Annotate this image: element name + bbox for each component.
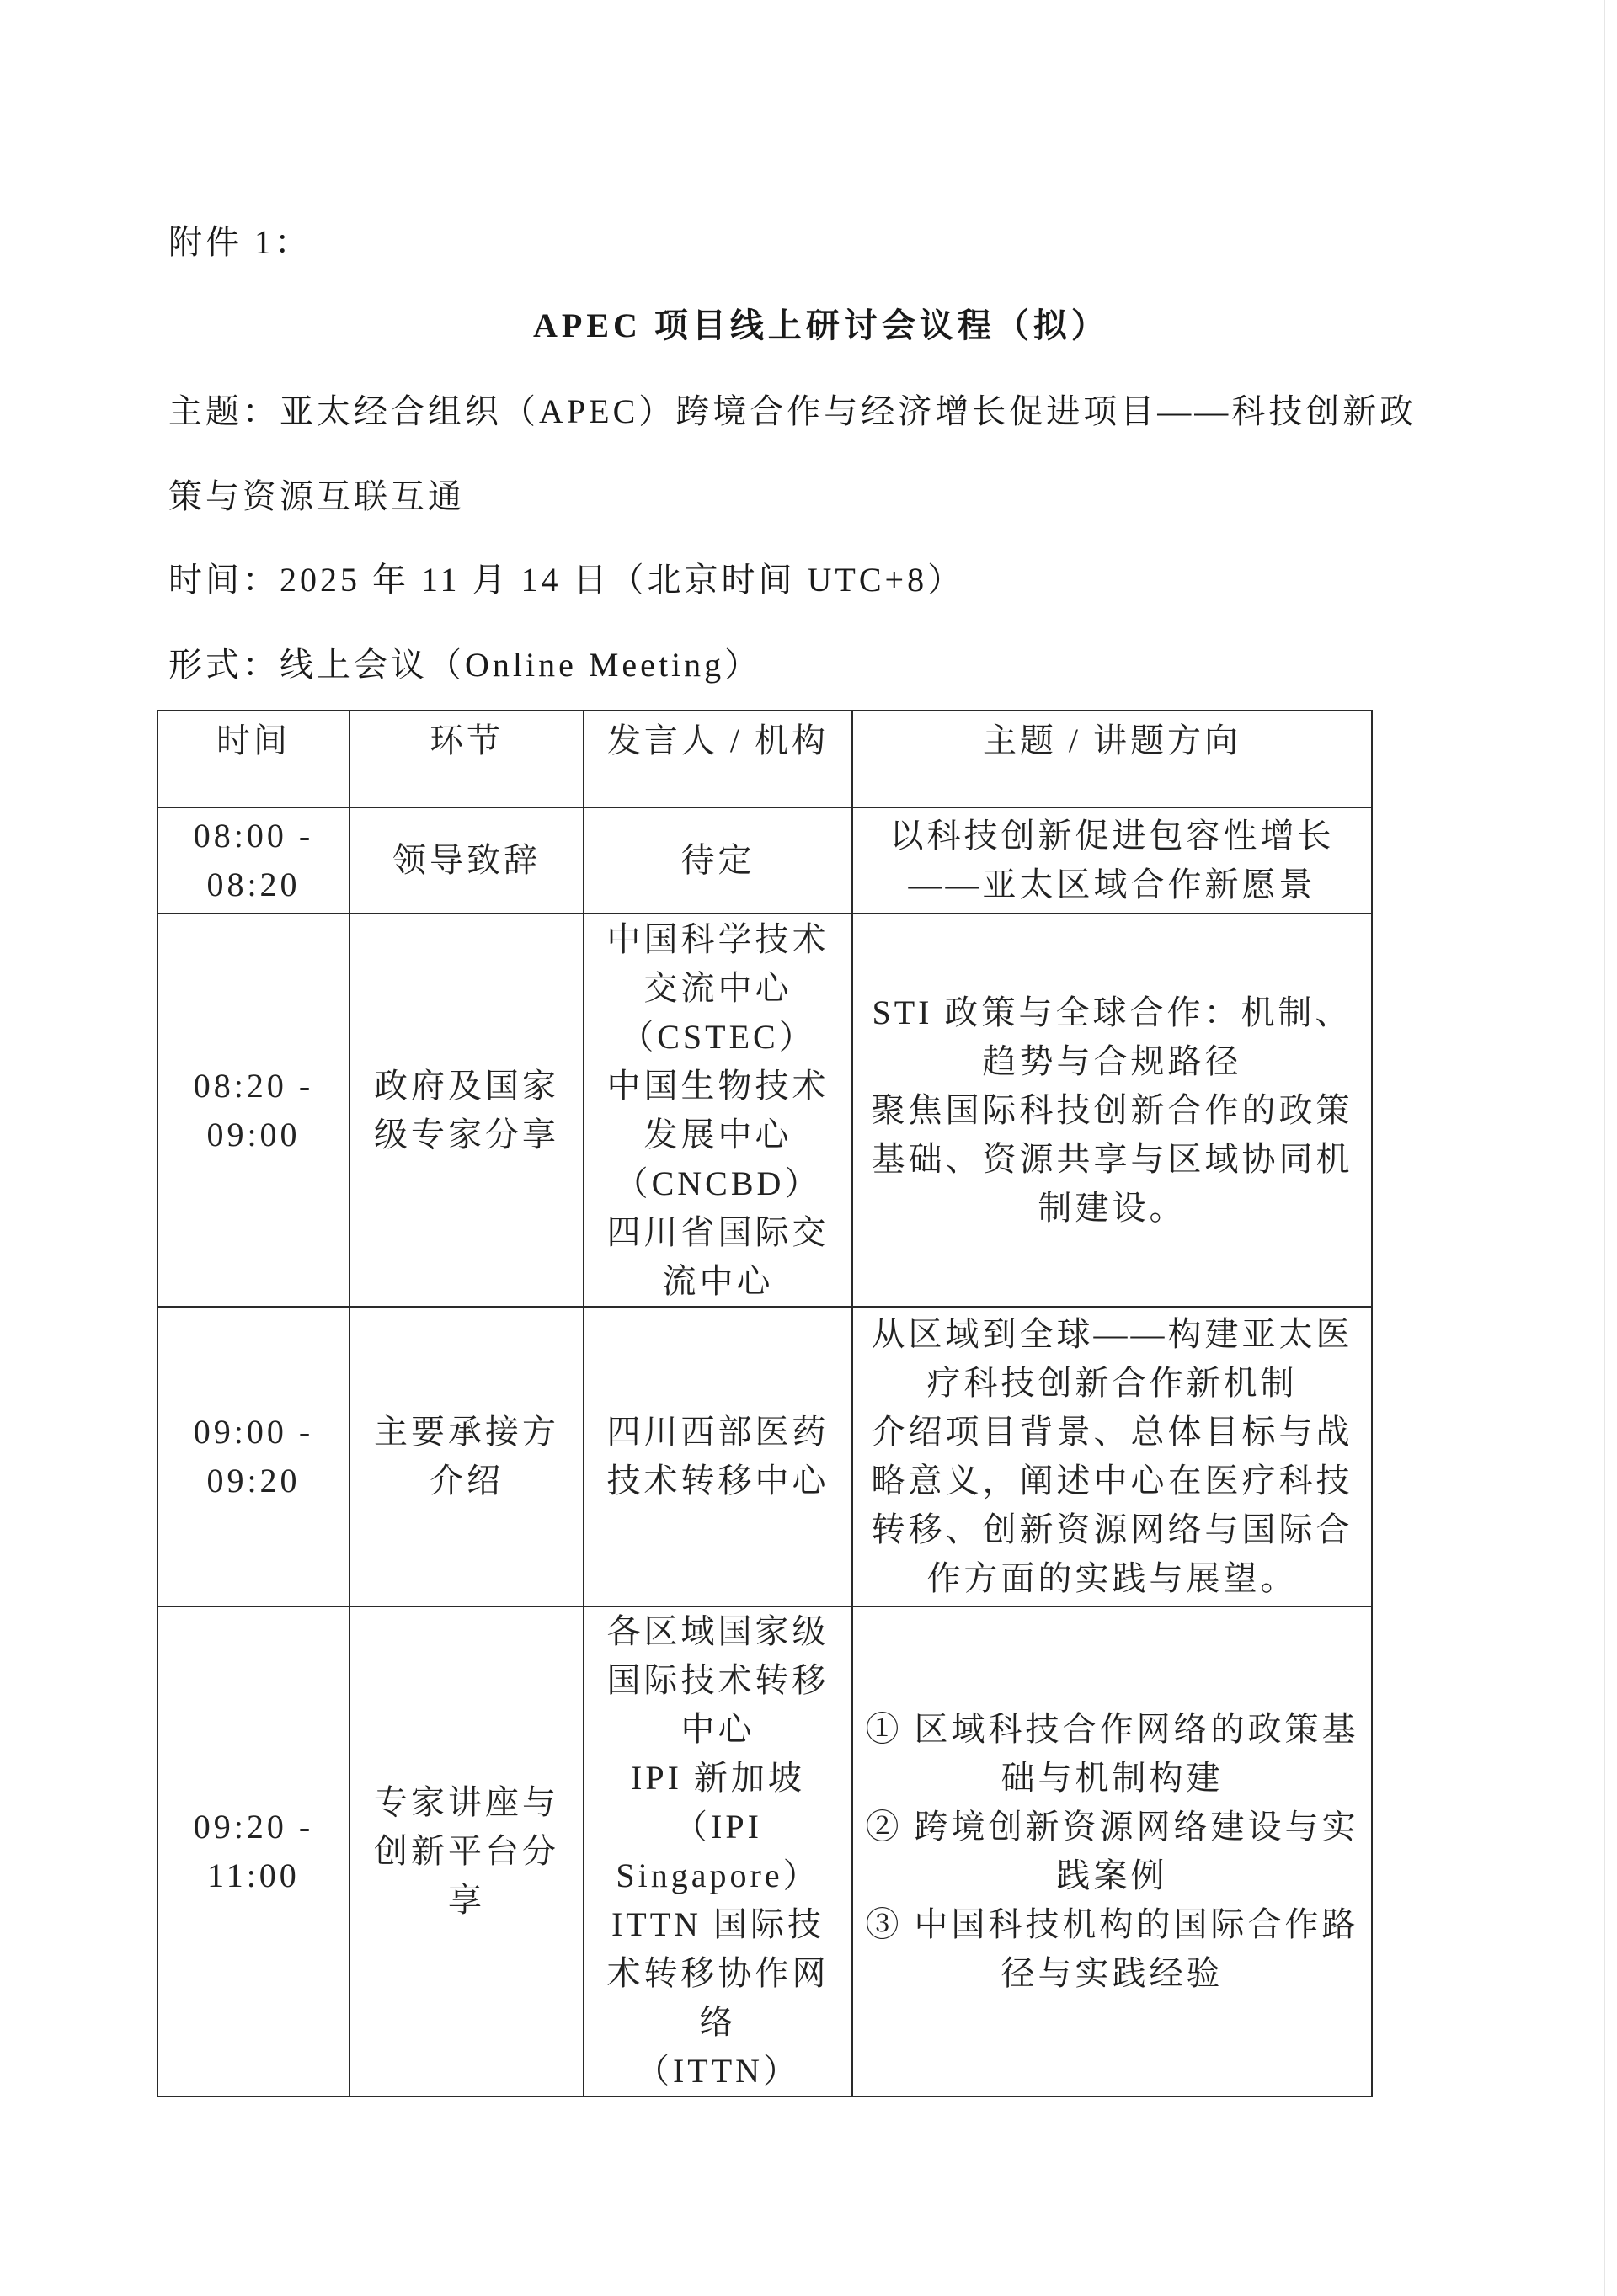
speaker-name: 中国生物技术发展中心: [596, 1062, 840, 1159]
time-end: 09:20: [170, 1457, 337, 1505]
time-cell: 08:00 -08:20: [157, 807, 350, 914]
time-cell: 08:20 -09:00: [157, 914, 350, 1307]
topic-cell: 从区域到全球——构建亚太医疗科技创新合作新机制介绍项目背景、总体目标与战略意义，…: [852, 1307, 1372, 1606]
topic-cell: STI 政策与全球合作：机制、趋势与合规路径聚焦国际科技创新合作的政策基础、资源…: [852, 914, 1372, 1307]
time-end: 11:00: [170, 1851, 337, 1900]
format-value: 线上会议（Online Meeting）: [280, 646, 761, 684]
speaker-cell: 四川西部医药技术转移中心: [584, 1307, 852, 1606]
speaker-cell: 待定: [584, 807, 852, 914]
column-header-topic: 主题 / 讲题方向: [852, 711, 1372, 807]
speaker-abbr: （IPI Singapore）: [596, 1803, 840, 1900]
time-cell: 09:20 -11:00: [157, 1606, 350, 2096]
subject-line-1: 主题：亚太经合组织（APEC）跨境合作与经济增长促进项目——科技创新政: [168, 387, 1417, 436]
topic-cell: ① 区域科技合作网络的政策基础与机制构建 ② 跨境创新资源网络建设与实践案例 ③…: [852, 1606, 1372, 2096]
format-label: 形式：: [168, 646, 280, 684]
speaker-name: 四川西部医药技术转移中心: [596, 1408, 840, 1505]
column-header-speaker: 发言人 / 机构: [584, 711, 852, 807]
time-start: 09:00 -: [170, 1408, 337, 1457]
column-header-time: 时间: [157, 711, 350, 807]
speaker-abbr: （CNCBD）: [596, 1159, 840, 1208]
attachment-label: 附件 1：: [168, 218, 312, 267]
time-start: 09:20 -: [170, 1803, 337, 1851]
subject-line-2: 策与资源互联互通: [168, 472, 465, 521]
session-cell: 主要承接方介绍: [350, 1307, 584, 1606]
topic-description: 介绍项目背景、总体目标与战略意义，阐述中心在医疗科技转移、创新资源网络与国际合作…: [865, 1408, 1359, 1603]
table-row: 09:20 -11:00 专家讲座与创新平台分享 各区域国家级国际技术转移中心 …: [157, 1606, 1372, 2096]
subject-label: 主题：: [168, 392, 280, 430]
speaker-abbr: （ITTN）: [596, 2047, 840, 2096]
speaker-cell: 中国科学技术交流中心 （CSTEC） 中国生物技术发展中心 （CNCBD） 四川…: [584, 914, 852, 1307]
session-cell: 政府及国家级专家分享: [350, 914, 584, 1307]
subject-value: 亚太经合组织（APEC）跨境合作与经济增长促进项目——科技创新政: [280, 392, 1417, 430]
speaker-name: 待定: [596, 836, 840, 885]
session-cell: 专家讲座与创新平台分享: [350, 1606, 584, 2096]
topic-item: ② 跨境创新资源网络建设与实践案例: [865, 1803, 1359, 1900]
time-value: 2025 年 11 月 14 日（北京时间 UTC+8）: [280, 561, 964, 599]
session-cell: 领导致辞: [350, 807, 584, 914]
topic-title: 以科技创新促进包容性增长: [865, 812, 1359, 860]
speaker-name: 四川省国际交流中心: [596, 1208, 840, 1306]
table-row: 08:20 -09:00 政府及国家级专家分享 中国科学技术交流中心 （CSTE…: [157, 914, 1372, 1307]
speaker-cell: 各区域国家级国际技术转移中心 IPI 新加坡 （IPI Singapore） I…: [584, 1606, 852, 2096]
topic-cell: 以科技创新促进包容性增长——亚太区域合作新愿景: [852, 807, 1372, 914]
topic-item: ① 区域科技合作网络的政策基础与机制构建: [865, 1705, 1359, 1803]
time-start: 08:00 -: [170, 812, 337, 860]
column-header-session: 环节: [350, 711, 584, 807]
time-start: 08:20 -: [170, 1062, 337, 1111]
topic-title: 从区域到全球——构建亚太医疗科技创新合作新机制: [865, 1310, 1359, 1408]
speaker-name: IPI 新加坡: [596, 1754, 840, 1803]
speaker-abbr: （CSTEC）: [596, 1013, 840, 1062]
topic-item: ③ 中国科技机构的国际合作路径与实践经验: [865, 1900, 1359, 1998]
format-line: 形式：线上会议（Online Meeting）: [168, 641, 761, 690]
table-header-row: 时间 环节 发言人 / 机构 主题 / 讲题方向: [157, 711, 1372, 807]
document-title: APEC 项目线上研讨会议程（拟）: [0, 301, 1617, 350]
table-row: 08:00 -08:20 领导致辞 待定 以科技创新促进包容性增长——亚太区域合…: [157, 807, 1372, 914]
table-row: 09:00 -09:20 主要承接方介绍 四川西部医药技术转移中心 从区域到全球…: [157, 1307, 1372, 1606]
time-end: 08:20: [170, 860, 337, 909]
speaker-name: 中国科学技术交流中心: [596, 915, 840, 1013]
topic-description: 聚焦国际科技创新合作的政策基础、资源共享与区域协同机制建设。: [865, 1086, 1359, 1233]
time-end: 09:00: [170, 1111, 337, 1159]
agenda-table: 时间 环节 发言人 / 机构 主题 / 讲题方向 08:00 -08:20 领导…: [157, 710, 1373, 2097]
topic-title: STI 政策与全球合作：机制、趋势与合规路径: [865, 988, 1359, 1086]
time-label: 时间：: [168, 561, 280, 599]
speaker-name: ITTN 国际技术转移协作网络: [596, 1900, 840, 2047]
time-cell: 09:00 -09:20: [157, 1307, 350, 1606]
topic-subtitle: ——亚太区域合作新愿景: [865, 860, 1359, 909]
speaker-name: 各区域国家级国际技术转移中心: [596, 1607, 840, 1754]
time-line: 时间：2025 年 11 月 14 日（北京时间 UTC+8）: [168, 556, 964, 605]
